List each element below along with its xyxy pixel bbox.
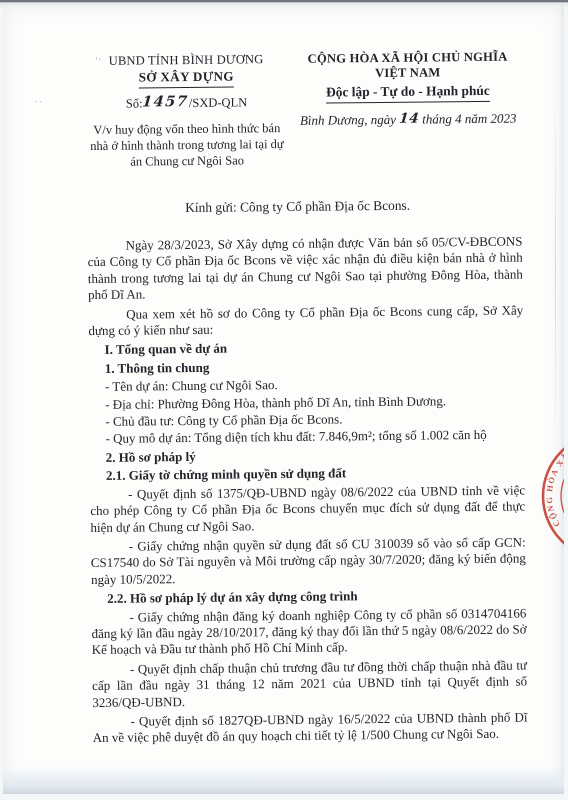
issuer-org-name: SỞ XÂY DỰNG <box>84 68 289 89</box>
paragraph: Ngày 28/3/2023, Sở Xây dựng có nhận được… <box>87 234 523 304</box>
scanned-page: '' .. UBND TỈNH BÌNH DƯƠNG SỞ XÂY DỰNG S… <box>0 0 568 800</box>
national-motto: Độc lập - Tự do - Hạnh phúc <box>295 83 521 104</box>
scan-shadow-band <box>3 766 564 794</box>
issuer-block: UBND TỈNH BÌNH DƯƠNG SỞ XÂY DỰNG Số:1457… <box>84 52 290 170</box>
doc-number-handwritten: 1457 <box>142 93 190 111</box>
section-heading: 2. Hồ sơ pháp lý <box>106 445 525 466</box>
svg-text:CỘNG HÒA XÃ HỘI CHỦ NGHĨA VIỆT: CỘNG HÒA XÃ HỘI CHỦ NGHĨA VIỆT NAM <box>531 421 564 571</box>
place-date-suffix: tháng 4 năm 2023 <box>422 111 516 127</box>
official-seal-stamp-icon: CỘNG HÒA XÃ HỘI CHỦ NGHĨA VIỆT NAM <box>531 421 564 571</box>
national-motto-underlined-text: Độc lập - Tự do - Hạnh phúc <box>326 83 490 104</box>
place-date-line: Bình Dương, ngày 14 tháng 4 năm 2023 <box>295 111 521 129</box>
doc-number-prefix: Số: <box>126 96 143 110</box>
letterhead: UBND TỈNH BÌNH DƯƠNG SỞ XÂY DỰNG Số:1457… <box>4 49 564 171</box>
document-page: '' .. UBND TỈNH BÌNH DƯƠNG SỞ XÂY DỰNG S… <box>3 4 564 794</box>
section-heading: 2.1. Giấy tờ chứng minh quyền sử dụng đấ… <box>106 464 525 485</box>
date-day-handwritten: 14 <box>399 111 420 127</box>
section-heading: 2.2. Hồ sơ pháp lý dự án xây dựng công t… <box>107 587 526 608</box>
paragraph: Qua xem xét hồ sơ do Công ty Cổ phần Địa… <box>88 302 523 339</box>
doc-number-suffix: /SXD-QLN <box>189 95 247 110</box>
dash-paragraph: - Giấy chứng nhận quyền sử dụng đất số C… <box>91 534 526 588</box>
national-header-block: CỘNG HÒA XÃ HỘI CHỦ NGHĨA VIỆT NAM Độc l… <box>289 50 522 129</box>
document-content: UBND TỈNH BÌNH DƯƠNG SỞ XÂY DỰNG Số:1457… <box>3 4 564 751</box>
stamp-arc-text: CỘNG HÒA XÃ HỘI CHỦ NGHĨA VIỆT NAM <box>531 421 564 571</box>
issuer-org-underlined-text: SỞ XÂY DỰNG <box>139 69 234 89</box>
document-body: Ngày 28/3/2023, Sở Xây dựng có nhận được… <box>5 212 564 748</box>
doc-number-line: Số:1457/SXD-QLN <box>84 93 289 112</box>
national-title: CỘNG HÒA XÃ HỘI CHỦ NGHĨA VIỆT NAM <box>295 50 521 82</box>
dash-paragraph: - Quyết định số 1375/QĐ-UBND ngày 08/6/2… <box>90 482 525 536</box>
dash-paragraph: - Giấy chứng nhận đăng ký doanh nghiệp C… <box>91 605 526 659</box>
issuer-parent-org: UBND TỈNH BÌNH DƯƠNG <box>84 52 289 69</box>
section-heading: I. Tổng quan về dự án <box>105 338 524 359</box>
dash-paragraph: - Quyết định chấp thuận chủ trương đầu t… <box>92 657 527 711</box>
bullet-item: - Quy mô dự án: Tổng diện tích khu đất: … <box>105 427 524 448</box>
dash-paragraph: - Quyết định số 1827QĐ-UBND ngày 16/5/20… <box>92 709 527 746</box>
doc-subject: V/v huy động vốn theo hình thức bán nhà … <box>84 120 289 170</box>
section-heading: 1. Thông tin chung <box>105 356 524 377</box>
place-date-prefix: Bình Dương, ngày <box>300 112 396 128</box>
